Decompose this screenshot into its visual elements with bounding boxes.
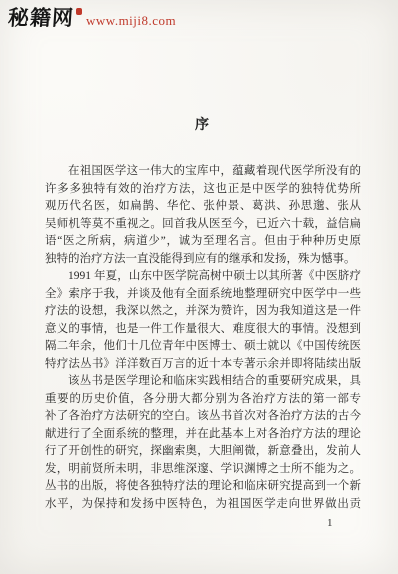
watermark-url: www.miji8.com xyxy=(86,13,176,29)
text-line: 语“医之所病，病道少”，诚为至理名言。但由于种种历史原因，这些 xyxy=(45,233,361,251)
text-line: 特疗法丛书》洋洋数百万言的近十本专著示余并即将陆续出版了。 xyxy=(45,356,361,374)
watermark-site-name: 秘籍网 xyxy=(7,6,75,30)
page-number: 1 xyxy=(327,517,333,529)
watermark: 秘籍网 www.miji8.com xyxy=(8,6,176,30)
text-line: 该丛书是医学理论和临床实践相结合的重要研究成果，具有 xyxy=(45,373,361,391)
text-line: 1991 年夏，山东中医学院高树中硕士以其所著《中医脐疗大 xyxy=(45,268,361,286)
text-line: 在祖国医学这一伟大的宝库中，蕴藏着现代医学所没有的许 xyxy=(45,163,361,181)
text-line: 水平，为保持和发扬中医特色，为祖国医学走向世界做出贡献。 xyxy=(45,496,361,514)
text-line: 丛书的出版，将使各独特疗法的理论和临床研究提高到一个新的 xyxy=(45,478,361,496)
text-line: 献进行了全面系统的整理，并在此基本上对各治疗方法的理论进 xyxy=(45,426,361,444)
text-line: 观历代名医，如扁鹊、华佗、张仲景、葛洪、孙思邈、张从正、李时珍、 xyxy=(45,198,361,216)
text-line: 重要的历史价值，各分册大都分别为各治疗方法的第一部专著，填 xyxy=(45,391,361,409)
text-line: 吴师机等莫不重视之。回首我从医至今，已近六十载，益信扁鹊所 xyxy=(45,216,361,234)
text-line: 疗法的设想，我深以然之，并深为赞许，因为我知道这是一件很有 xyxy=(45,303,361,321)
scanned-book-page: 秘籍网 www.miji8.com 序 在祖国医学这一伟大的宝库中，蕴藏着现代医… xyxy=(0,0,398,574)
page-title: 序 xyxy=(45,114,361,134)
text-line: 隔二年余，他们十几位青年中医博士、硕士就以《中国传统医学独 xyxy=(45,338,361,356)
preface-body: 在祖国医学这一伟大的宝库中，蕴藏着现代医学所没有的许 许多多独特有效的治疗方法，… xyxy=(45,163,361,513)
text-line: 许多多独特有效的治疗方法，这也正是中医学的独特优势所在。纵 xyxy=(45,181,361,199)
red-seal-icon xyxy=(76,8,82,15)
text-line: 全》索序于我，并谈及他有全面系统地整理研究中医学中一些独特 xyxy=(45,286,361,304)
text-line: 意义的事情，也是一件工作量很大、难度很大的事情。没想到仅时 xyxy=(45,321,361,339)
text-line: 发，明前贤所未明，非思维深邃、学识渊博之士所不能为之。相信该 xyxy=(45,461,361,479)
text-line: 行了开创性的研究，探幽索奥，大胆阐微，新意叠出，发前人所未 xyxy=(45,443,361,461)
text-line: 补了各治疗方法研究的空白。该丛书首次对各治疗方法的古今文 xyxy=(45,408,361,426)
text-line: 独特的治疗方法一直没能得到应有的继承和发扬，殊为憾事。 xyxy=(45,251,361,269)
